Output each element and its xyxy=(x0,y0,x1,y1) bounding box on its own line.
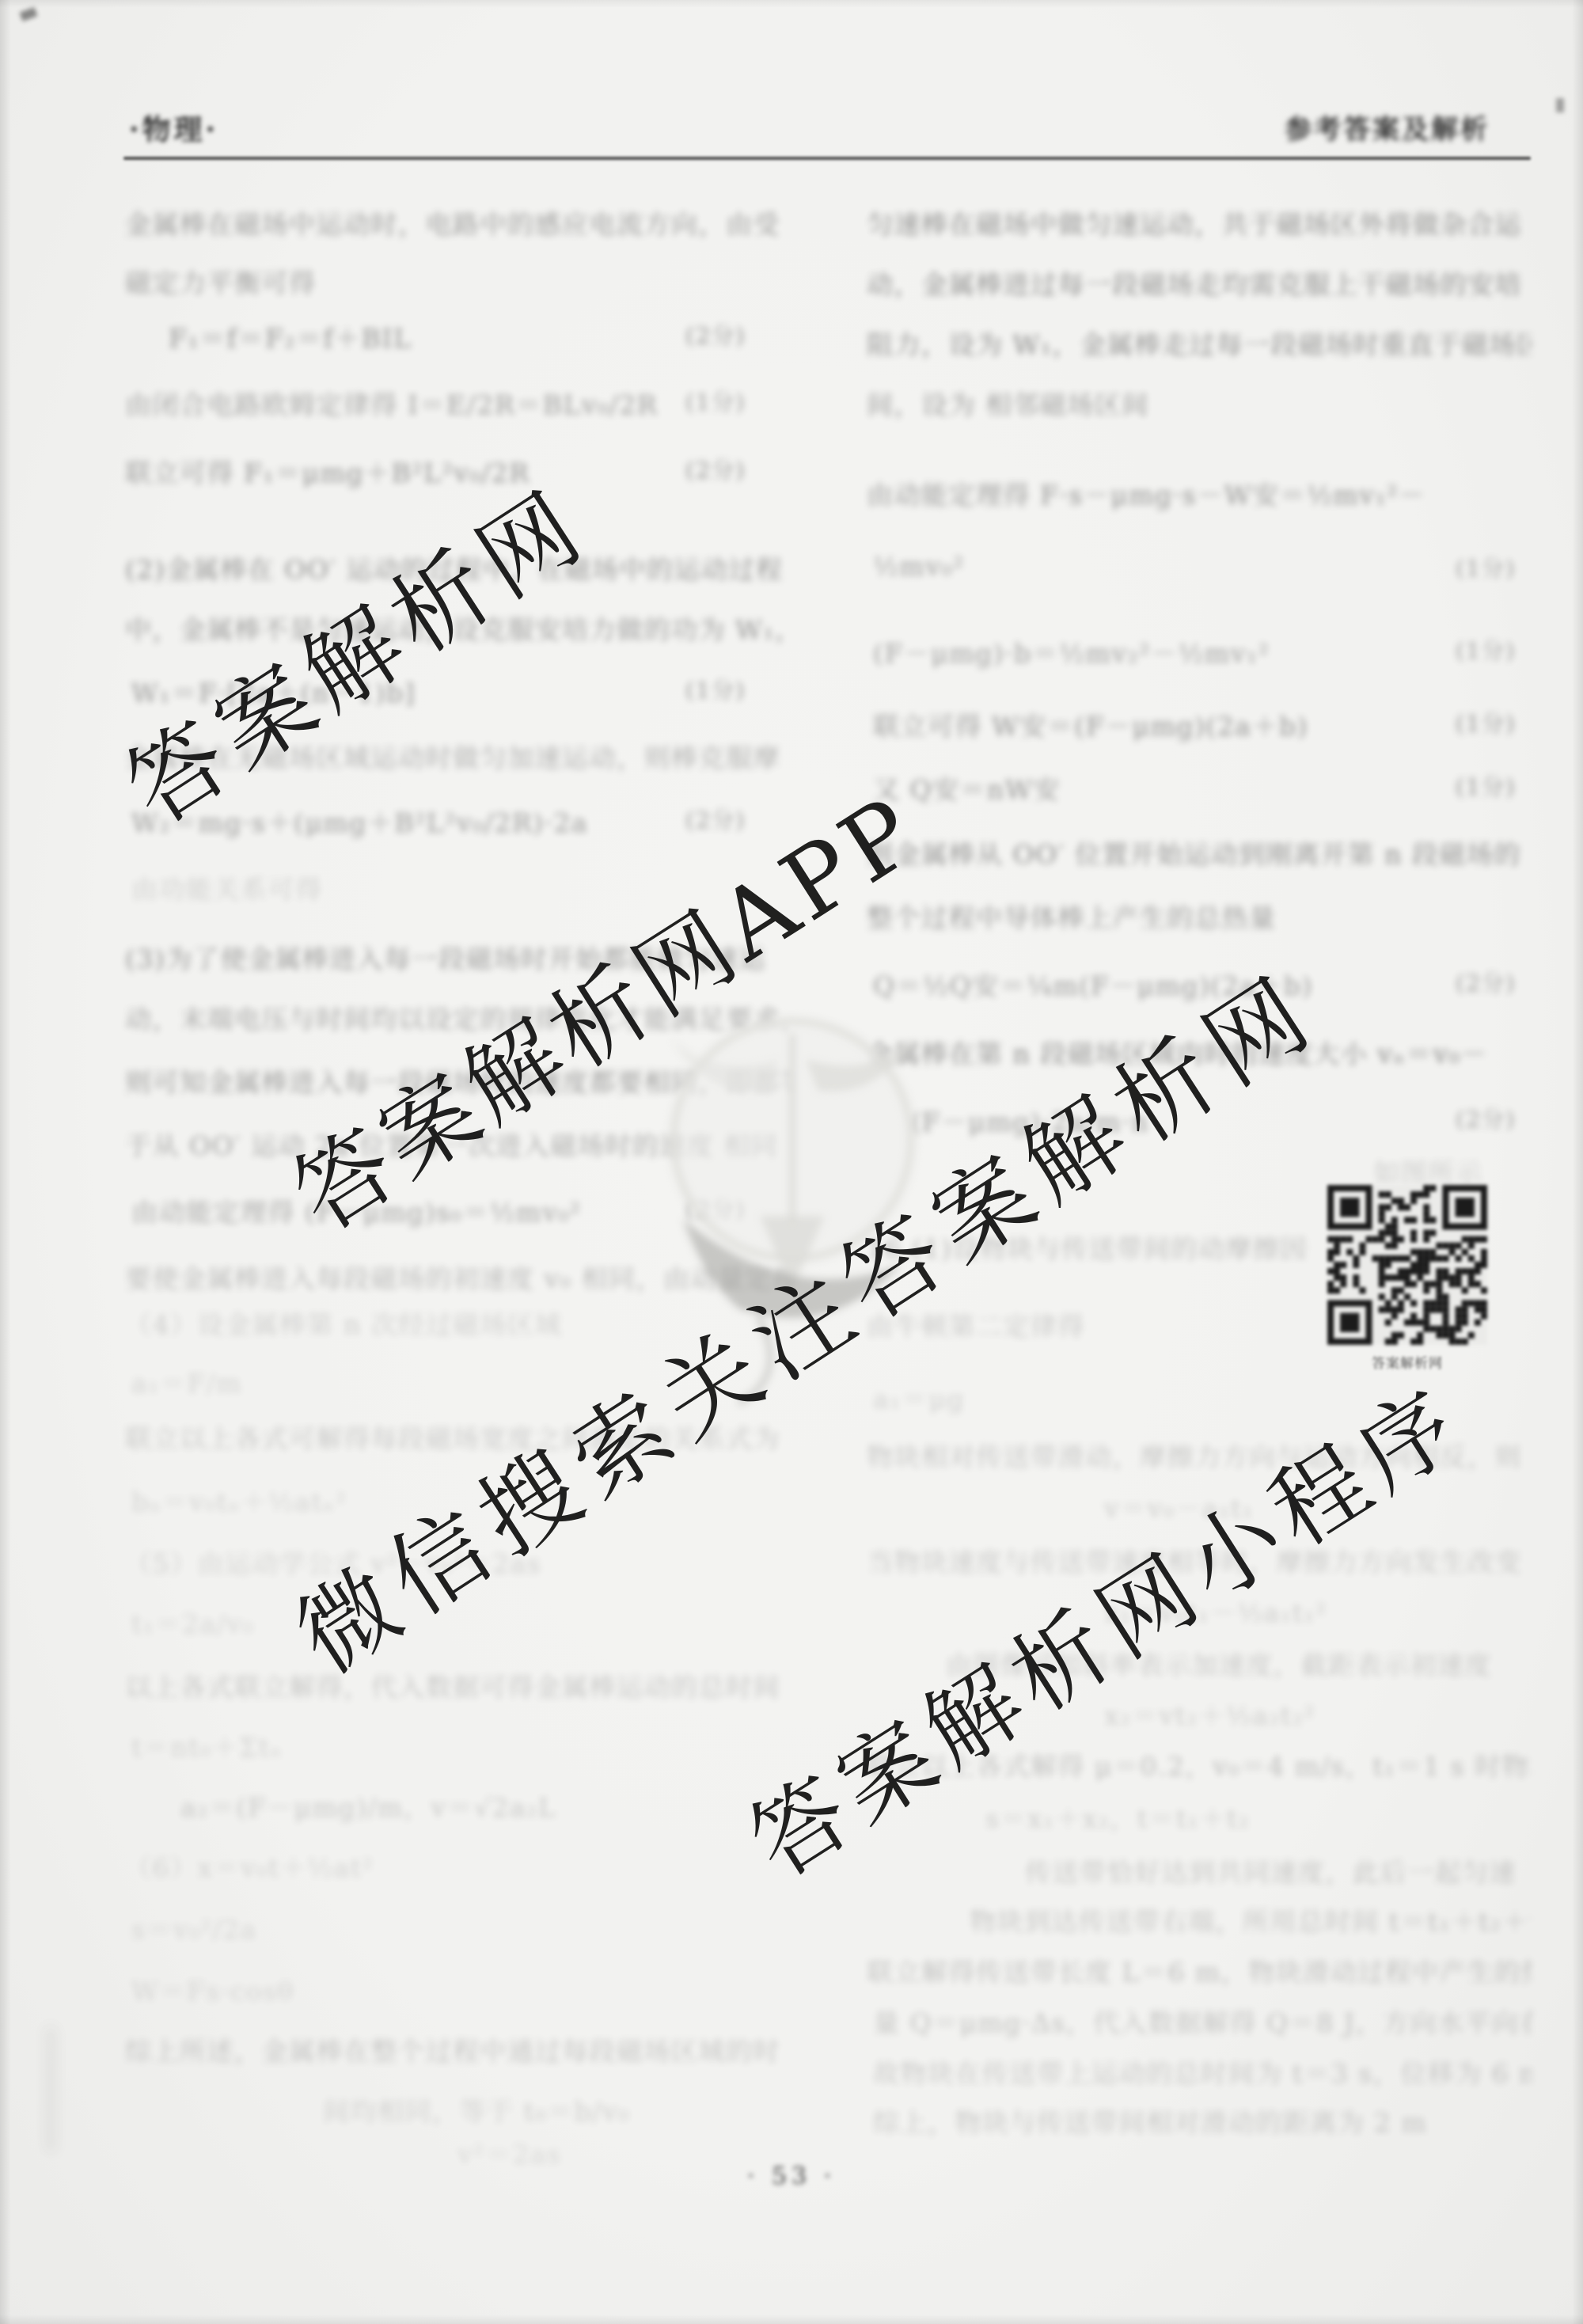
text-line: 量 Q＝μmg·Δs，代入数据解得 Q＝8 J，方向水平向右 xyxy=(873,2003,1532,2040)
header-section-title: 参考答案及解析 xyxy=(1285,108,1490,146)
score-mark: (2分) xyxy=(685,318,746,351)
text-line: a₁＝μg xyxy=(873,1379,1310,1416)
scan-speck xyxy=(44,2026,57,2153)
text-line: x₂＝vt₂＋½a₂t₂² xyxy=(1104,1696,1532,1733)
text-line: 动，金属棒进过每一段磁场走均需克服上干磁场的安培 xyxy=(867,264,1532,302)
watermark-site-name: 答案解析网 xyxy=(97,451,609,850)
text-line: 则金属棒从 OO′ 位置开始运动到刚离开第 n 段磁场的 xyxy=(867,834,1532,871)
text-line: 联立可得 F₁＝μmg＋B²L²v₀/2R(2分) xyxy=(125,453,791,490)
text-line: 如图所示 xyxy=(1373,1153,1532,1190)
text-line: 间均相同，等于 t₀＝b/v₀ xyxy=(323,2091,791,2128)
text-line: 以上各式联立解得，代入数据可得金属棒运动的总时间 xyxy=(125,1667,791,1704)
scan-edge-top xyxy=(0,0,1583,8)
text-line: 间，设为 相邻磁场区间 xyxy=(867,385,1532,422)
text-line: 综上所述，金属棒在整个过程中通过每段磁场区域的时 xyxy=(125,2031,791,2068)
scan-edge-bottom xyxy=(0,2315,1583,2324)
text-line: （6）x＝v₀t＋½at² xyxy=(125,1847,791,1885)
text-line: 又 Q安＝nW安(1分) xyxy=(873,769,1532,807)
text-line: s＝v₀²/2a xyxy=(131,1909,791,1946)
text-line: t＝nt₀＋Σtₙ xyxy=(131,1727,791,1764)
score-mark: (1分) xyxy=(1456,769,1516,802)
text-line: a₂＝(F－μmg)/m，v＝√2a₂L xyxy=(180,1787,791,1825)
score-mark: (2分) xyxy=(1456,966,1516,998)
score-mark: (1分) xyxy=(685,673,746,705)
text-line: 磁定力平衡可得 xyxy=(125,263,791,300)
scan-speck xyxy=(1556,98,1564,112)
text-line: 联立可得 W安＝(F－μmg)(2a＋b)(1分) xyxy=(873,706,1532,743)
text-line: 由动能定理得 F·s－μmg·s－W安＝½mv₁²－ xyxy=(867,475,1532,512)
score-mark: (2分) xyxy=(685,803,746,835)
text-line: ½mv₀²(1分) xyxy=(873,551,1532,582)
text-line: W＝Fs·cosθ xyxy=(131,1971,791,2008)
page-number: · 53 · xyxy=(0,2163,1583,2190)
text-line: (F－μmg)·b＝½mv₂²－½mv₁²(1分) xyxy=(873,633,1532,670)
text-line: 故物块在传送带上运动的总时间为 t＝3 s，位移为 6 m xyxy=(873,2053,1532,2090)
text-line: 物块到达传送带右端，所用总时间 t＝t₁＋t₂＋t₃ xyxy=(970,1901,1532,1939)
text-line: 由闭合电路欧姆定律得 I＝E/2R＝BLv₀/2R(1分) xyxy=(125,385,791,422)
text-line: 综上，物块与传送带间相对滑动的距离为 2 m xyxy=(873,2102,1532,2140)
score-mark: (1分) xyxy=(1456,633,1516,666)
score-mark: (1分) xyxy=(1456,551,1516,582)
qr-code xyxy=(1327,1185,1487,1345)
text-line: 匀速棒在磁场中做匀速运动，共于磁场区外将做杂合运 xyxy=(867,204,1532,241)
text-line: 阻力，设为 W₁，金属棒走过每一段磁场时重直于磁场区 xyxy=(867,325,1532,362)
text-line: 金属棒在磁场中运动时，电路中的感应电流方向，由受 xyxy=(125,204,791,241)
text-line: 传送带恰好达到共同速度，此后一起匀速 xyxy=(1025,1852,1532,1889)
text-line: F₁＝f＝F₂＝f＋BIL(2分) xyxy=(169,318,791,355)
scan-edge-left xyxy=(0,0,11,2324)
score-mark: (1分) xyxy=(685,385,746,417)
score-mark: (1分) xyxy=(1456,706,1516,739)
text-line: s＝x₁＋x₂，t＝t₁＋t₂ xyxy=(985,1798,1532,1836)
text-line: 联立解得传送带长度 L＝6 m，物块滑动过程中产生的热 xyxy=(867,1952,1532,1989)
scanned-answer-page: ·物理· 参考答案及解析 金属棒在磁场中运动时，电路中的感应电流方向，由受磁定力… xyxy=(0,0,1583,2324)
text-line: 整个过程中导体棒上产生的总热量 xyxy=(867,898,1532,935)
score-mark: (2分) xyxy=(1456,1102,1516,1134)
score-mark: (2分) xyxy=(685,453,746,485)
header-rule xyxy=(123,157,1531,160)
scan-edge-right xyxy=(1572,0,1583,2324)
page-title: ·物理· xyxy=(129,108,218,148)
scan-speck xyxy=(20,7,38,21)
